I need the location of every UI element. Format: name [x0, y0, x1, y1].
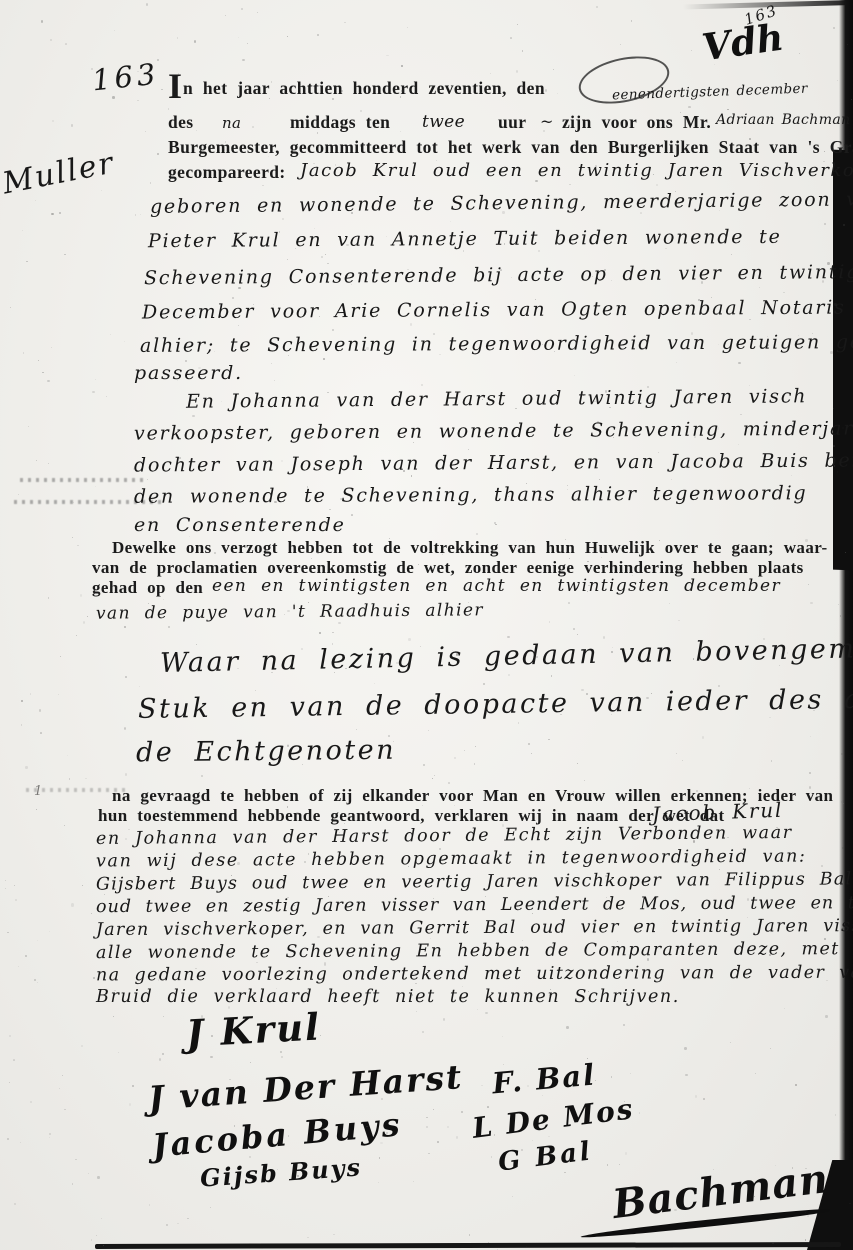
handwritten-proclamation-dates: een en twintigsten en acht en twintigste…	[212, 576, 781, 596]
handwritten-reading-line: de Echtgenoten	[136, 735, 396, 769]
printed-zijn-voor-ons: zijn voor ons Mr.	[562, 112, 711, 133]
printed-uur: uur	[498, 112, 526, 133]
handwritten-groom-line: passeerd.	[134, 362, 243, 384]
handwritten-groom-line: Pieter Krul en van Annetje Tuit beiden w…	[148, 226, 782, 252]
handwritten-bride-line: en Consenterende	[134, 514, 346, 536]
handwritten-bride-line: verkoopster, geboren en wonende te Schev…	[134, 417, 853, 444]
margin-smudge	[20, 478, 148, 482]
marriage-certificate-scan: 163 163 Vdh Muller 1 In het jaar achttie…	[0, 0, 853, 1250]
handwritten-closing-line: oud twee en zestig Jaren visser van Leen…	[96, 893, 853, 917]
printed-word-des: des	[168, 112, 194, 133]
handwritten-closing-line: en Johanna van der Harst door de Echt zi…	[96, 823, 793, 849]
handwritten-closing-line: van wij dese acte hebben opgemaakt in te…	[96, 847, 807, 872]
drop-cap: I	[168, 66, 183, 106]
handwritten-bride-line: den wonende te Schevening, thans alhier …	[134, 482, 808, 508]
handwritten-closing-line: Jaren vischverkoper, en van Gerrit Bal o…	[96, 916, 853, 940]
printed-proclamation-2: van de proclamatien overeenkomstig de we…	[92, 558, 804, 578]
signature-groom: J Krul	[185, 1004, 322, 1055]
margin-smudge	[26, 788, 126, 792]
handwritten-reading-line: Waar na lezing is gedaan van bovengemeld…	[160, 632, 853, 679]
signature-bride: J van Der Harst	[147, 1057, 464, 1118]
printed-middags-ten: middags ten	[290, 112, 390, 133]
handwritten-groom-line: alhier; te Schevening in tegenwoordighei…	[140, 331, 853, 357]
printed-proclamation-3: gehad op den	[92, 578, 203, 598]
signature-witness-fbal: F. Bal	[491, 1058, 598, 1101]
corner-paraph: Vdh	[699, 15, 786, 70]
handwritten-closing-line: Bruid die verklaard heeft niet te kunnen…	[96, 987, 680, 1007]
printed-line-1: n het jaar achttien honderd zeventien, d…	[183, 78, 545, 98]
scan-bottom-edge	[95, 1242, 841, 1249]
handwritten-closing-line: alle wonende te Schevening En hebben de …	[96, 939, 853, 963]
signature-official: Bachman	[610, 1155, 832, 1228]
handwritten-official-name: Adriaan Bachman	[716, 112, 851, 128]
handwritten-closing-line: na gedane voorlezing ondertekend met uit…	[96, 963, 853, 986]
printed-vows-2: hun toestemmend hebbende geantwoord, ver…	[98, 806, 725, 826]
handwritten-groom-line: December voor Arie Cornelis van Ogten op…	[142, 297, 846, 324]
handwritten-squiggle: ~	[540, 112, 554, 131]
handwritten-groom-line: Schevening Consenterende bij acte op den…	[144, 261, 853, 290]
handwritten-groom-name: Jacob Krul	[652, 798, 784, 827]
printed-gecompareerd: gecompareerd:	[168, 162, 286, 183]
signature-witness-gbal: G Bal	[497, 1136, 595, 1177]
handwritten-reading-line: Stuk en van de doopacte van ieder des aa…	[138, 682, 853, 725]
handwritten-na: na	[222, 114, 241, 132]
binding-shadow	[833, 150, 853, 571]
handwritten-bride-line: En Johanna van der Harst oud twintig Jar…	[186, 385, 807, 412]
handwritten-bride-line: dochter van Joseph van der Harst, en van…	[134, 449, 853, 476]
handwritten-hour: twee	[422, 112, 465, 132]
act-number: 163	[90, 57, 161, 98]
printed-proclamation-1: Dewelke ons verzogt hebben tot de voltre…	[112, 538, 828, 558]
margin-note: Muller	[0, 146, 118, 202]
handwritten-proclamation-place: van de puye van 't Raadhuis alhier	[96, 600, 484, 623]
handwritten-groom-line: geboren en wonende te Schevening, meerde…	[150, 188, 853, 218]
handwritten-groom-intro: Jacob Krul oud een en twintig Jaren Visc…	[300, 160, 853, 181]
handwritten-closing-line: Gijsbert Buys oud twee en veertig Jaren …	[96, 869, 852, 894]
printed-line-3: Burgemeester, gecommitteerd tot het werk…	[168, 137, 853, 158]
